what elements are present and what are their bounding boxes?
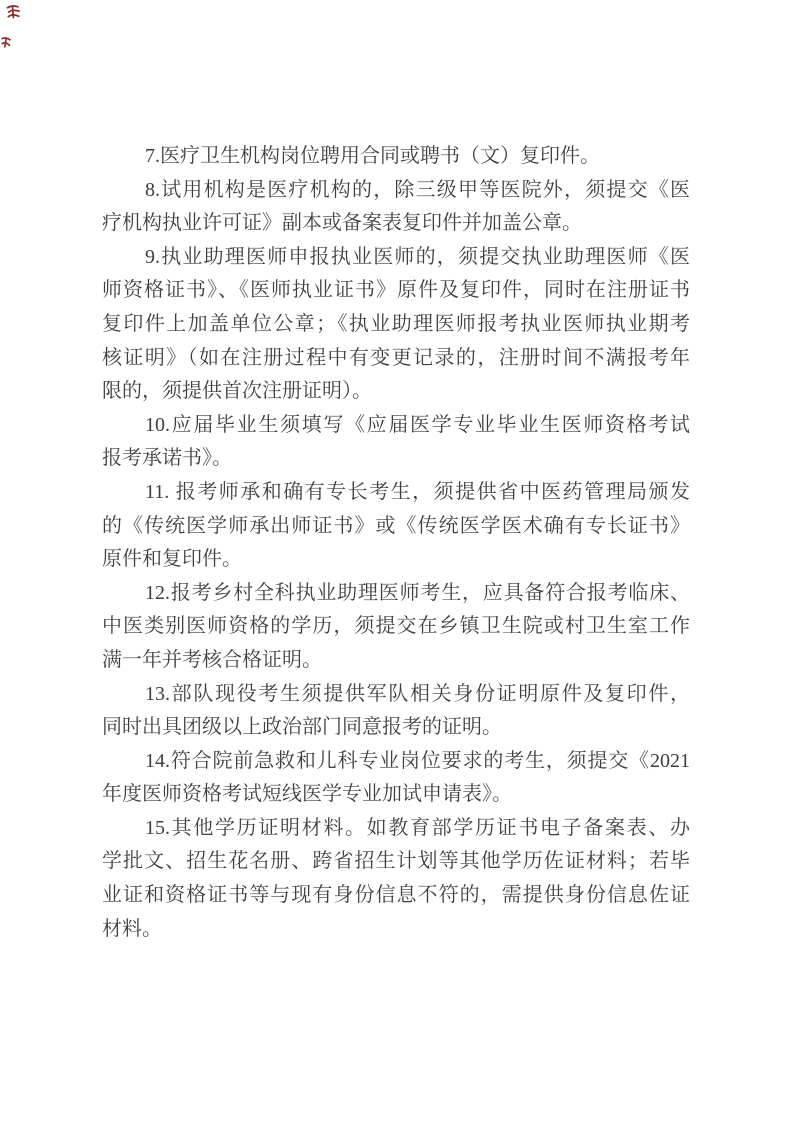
paragraph-9-line-4: 核证明》（如在注册过程中有变更记录的，注册时间不满报考年	[102, 342, 690, 376]
paragraph-14-line-2: 年度医师资格考试短线医学专业加试申请表》。	[102, 778, 690, 812]
paragraph-11-line-2: 的《传统医学师承出师证书》或《传统医学医术确有专长证书》	[102, 510, 690, 544]
paragraph-9-line-5: 限的，须提供首次注册证明）。	[102, 375, 690, 409]
paragraph-15-line-2: 学批文、招生花名册、跨省招生计划等其他学历佐证材料；若毕	[102, 845, 690, 879]
paragraph-8-line-2: 疗机构执业许可证》副本或备案表复印件并加盖公章。	[102, 207, 690, 241]
red-ink-mark-lower	[0, 35, 12, 54]
paragraph-9-line-3: 复印件上加盖单位公章；《执业助理医师报考执业医师执业期考	[102, 308, 690, 342]
paragraph-15-line-1: 15.其他学历证明材料。如教育部学历证书电子备案表、办	[102, 812, 690, 846]
paragraph-9-line-1: 9.执业助理医师申报执业医师的，须提交执业助理医师《医	[102, 241, 690, 275]
scanned-document-page: 7.医疗卫生机构岗位聘用合同或聘书（文）复印件。8.试用机构是医疗机构的，除三级…	[0, 0, 793, 1126]
paragraph-7-line-1: 7.医疗卫生机构岗位聘用合同或聘书（文）复印件。	[102, 140, 690, 174]
paragraph-13-line-1: 13.部队现役考生须提供军队相关身份证明原件及复印件，	[102, 678, 690, 712]
paragraph-11-line-1: 11. 报考师承和确有专长考生，须提供省中医药管理局颁发	[102, 476, 690, 510]
paragraph-11-line-3: 原件和复印件。	[102, 543, 690, 577]
paragraph-13-line-2: 同时出具团级以上政治部门同意报考的证明。	[102, 711, 690, 745]
paragraph-12-line-3: 满一年并考核合格证明。	[102, 644, 690, 678]
paragraph-8-line-1: 8.试用机构是医疗机构的，除三级甲等医院外，须提交《医	[102, 174, 690, 208]
paragraph-10-line-1: 10.应届毕业生须填写《应届医学专业毕业生医师资格考试	[102, 409, 690, 443]
red-ink-mark-upper	[5, 3, 23, 26]
paragraph-9-line-2: 师资格证书》、《医师执业证书》原件及复印件，同时在注册证书	[102, 274, 690, 308]
paragraph-10-line-2: 报考承诺书》。	[102, 442, 690, 476]
paragraph-14-line-1: 14.符合院前急救和儿科专业岗位要求的考生，须提交《2021	[102, 745, 690, 779]
paragraph-15-line-4: 材料。	[102, 913, 690, 947]
document-text-block: 7.医疗卫生机构岗位聘用合同或聘书（文）复印件。8.试用机构是医疗机构的，除三级…	[102, 140, 690, 946]
paragraph-12-line-1: 12.报考乡村全科执业助理医师考生，应具备符合报考临床、	[102, 577, 690, 611]
paragraph-12-line-2: 中医类别医师资格的学历，须提交在乡镇卫生院或村卫生室工作	[102, 610, 690, 644]
paragraph-15-line-3: 业证和资格证书等与现有身份信息不符的，需提供身份信息佐证	[102, 879, 690, 913]
